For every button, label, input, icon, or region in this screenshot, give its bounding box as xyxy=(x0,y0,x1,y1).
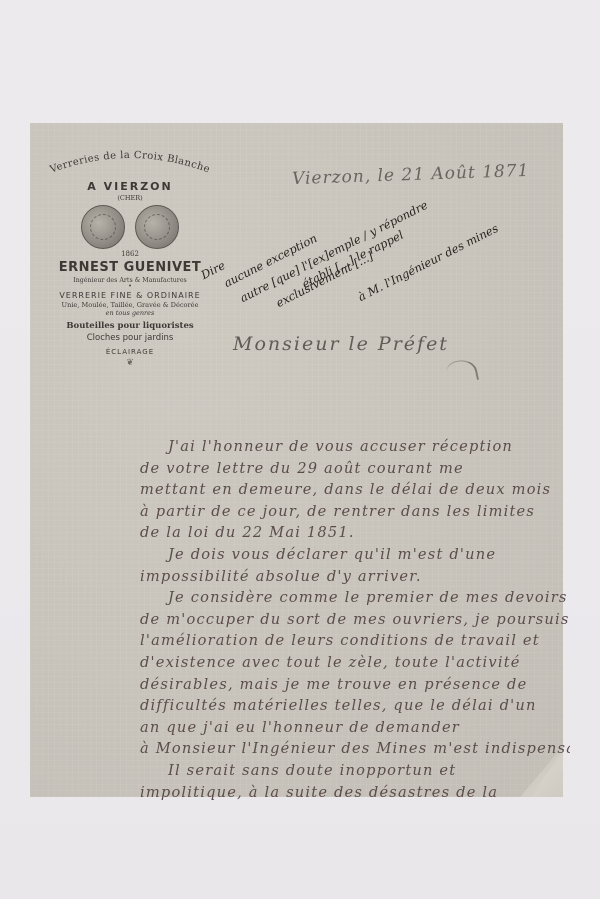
divider-dot: • xyxy=(40,284,220,290)
body-line: an que j'ai eu l'honneur de demander xyxy=(140,717,570,739)
body-line: de m'occuper du sort de mes ouvriers, je… xyxy=(140,609,570,631)
body-line: d'existence avec tout le zèle, toute l'a… xyxy=(140,652,570,674)
body-line: à partir de ce jour, de rentrer dans les… xyxy=(140,501,570,523)
letterhead: Verreries de la Croix Blanche A VIERZON … xyxy=(40,148,220,368)
letterhead-genres: en tous genres xyxy=(40,309,220,317)
body-line: J'ai l'honneur de vous accuser réception xyxy=(140,436,570,458)
body-line: de votre lettre du 29 août courant me xyxy=(140,458,570,480)
svg-text:Verreries de la Croix Blanche: Verreries de la Croix Blanche xyxy=(48,150,212,174)
body-line: Je considère comme le premier de mes dev… xyxy=(140,587,570,609)
letterhead-products: Unie, Moulée, Taillée, Gravée & Décorée xyxy=(40,301,220,309)
salutation: Monsieur le Préfet xyxy=(233,333,449,355)
body-line: Il serait sans doute inopportun et xyxy=(140,760,570,782)
medals xyxy=(40,205,220,249)
letterhead-city: A VIERZON xyxy=(40,180,220,193)
medal-year: 1862 xyxy=(40,250,220,258)
body-line: impolitique, à la suite des désastres de… xyxy=(140,782,570,804)
letterhead-owner: ERNEST GUENIVET xyxy=(40,260,220,275)
medal-coat-of-arms-icon xyxy=(81,205,125,249)
body-line: difficultés matérielles telles, que le d… xyxy=(140,695,570,717)
body-line: à Monsieur l'Ingénieur des Mines m'est i… xyxy=(140,738,570,760)
body-line: désirables, mais je me trouve en présenc… xyxy=(140,674,570,696)
body-line: de la loi du 22 Mai 1851. xyxy=(140,522,570,544)
ornament-icon: ❦ xyxy=(40,358,220,368)
letterhead-bottles: Bouteilles pour liquoristes xyxy=(40,321,220,331)
letterhead-eclairage: ÉCLAIRAGE xyxy=(40,348,220,356)
letterhead-cloches: Cloches pour jardins xyxy=(40,333,220,343)
body-line: Je dois vous déclarer qu'il m'est d'une xyxy=(140,544,570,566)
body-line: impossibilité absolue d'y arriver. xyxy=(140,566,570,588)
company-name-arc: Verreries de la Croix Blanche xyxy=(40,148,220,174)
letter-body: J'ai l'honneur de vous accuser réception… xyxy=(140,436,570,803)
body-line: mettant en demeure, dans le délai de deu… xyxy=(140,479,570,501)
letterhead-department: (CHER) xyxy=(40,194,220,202)
letterhead-verrerie: VERRERIE FINE & ORDINAIRE xyxy=(40,291,220,300)
medal-portrait-icon xyxy=(135,205,179,249)
body-line: l'amélioration de leurs conditions de tr… xyxy=(140,630,570,652)
